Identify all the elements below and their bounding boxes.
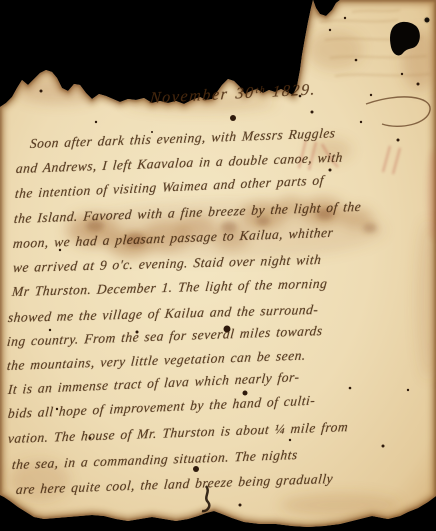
manuscript-paper-svg [0,0,436,531]
small-hole [424,17,430,23]
paper-sheet [0,0,436,527]
photograph-of-manuscript: November 30ᵗʰ 1829. Soon after dark this… [0,0,436,531]
